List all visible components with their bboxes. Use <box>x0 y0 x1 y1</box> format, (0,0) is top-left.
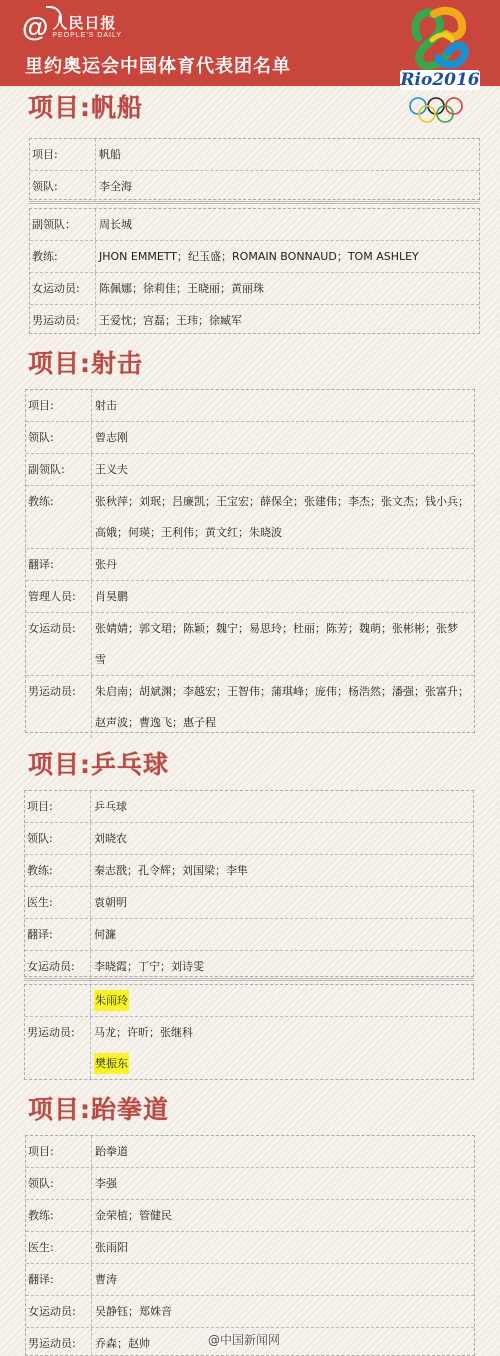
row-value-line: 朱启南；胡斌渊；李越宏；王智伟；蒲琪峰；庞伟；杨浩然；潘强；张富升； <box>95 676 474 707</box>
table-row: 朱雨玲 <box>25 985 473 1017</box>
rio-2016-logo: Rio2016 <box>400 4 480 124</box>
table-row: 女运动员: 吴静钰；郑姝音 <box>26 1296 474 1328</box>
row-label: 项目: <box>30 139 96 170</box>
row-value: 曾志刚 <box>92 422 474 453</box>
table-row: 翻译: 曹涛 <box>26 1264 474 1296</box>
row-value: 袁朝明 <box>91 887 473 918</box>
row-value: 李强 <box>92 1168 474 1199</box>
row-label: 管理人员: <box>26 581 92 612</box>
row-value-line: 高娥；何瑛；王利伟；黄文红；朱晓波 <box>95 517 474 548</box>
table-tennis-table-part1: 项目: 乒乓球 领队: 刘晓农 教练: 秦志戬；孔令辉；刘国梁；李隼 医生: 袁… <box>24 790 474 977</box>
row-value: 刘晓农 <box>91 823 473 854</box>
table-row: 项目: 跆拳道 <box>26 1136 474 1168</box>
table-row: 翻译: 何濂 <box>25 919 473 951</box>
table-tennis-table-part2: 朱雨玲 男运动员: 马龙；许昕；张继科 樊振东 <box>24 984 474 1080</box>
row-label: 男运动员: <box>26 676 92 738</box>
table-row: 领队: 刘晓农 <box>25 823 473 855</box>
row-label: 领队: <box>25 823 91 854</box>
sailing-table-part1: 项目: 帆船 领队: 李全海 <box>29 138 480 200</box>
row-value: 王爱忱；宫磊；王玮；徐臧军 <box>96 305 479 336</box>
row-label: 医生: <box>26 1232 92 1263</box>
row-value: 张丹 <box>92 549 474 580</box>
table-row: 男运动员: 王爱忱；宫磊；王玮；徐臧军 <box>30 305 479 336</box>
row-value-line: 张秋萍；刘珉；吕廉凯；王宝宏；薛保全；张建伟；李杰；张文杰；钱小兵； <box>95 486 474 517</box>
section-title-shooting: 项目:射击 <box>28 344 143 380</box>
table-split-divider <box>24 978 474 981</box>
rio-emblem-icon <box>404 4 470 70</box>
row-label: 教练: <box>26 1200 92 1231</box>
row-value-line: 雪 <box>95 644 474 675</box>
taekwondo-table: 项目: 跆拳道 领队: 李强 教练: 金荣植；管健民 医生: 张雨阳 翻译: 曹… <box>25 1135 475 1356</box>
row-label: 男运动员: <box>25 1017 91 1079</box>
row-value: 陈佩娜；徐莉佳；王晓丽；黄丽珠 <box>96 273 479 304</box>
table-row: 女运动员: 陈佩娜；徐莉佳；王晓丽；黄丽珠 <box>30 273 479 305</box>
highlighted-name: 樊振东 <box>94 1053 129 1074</box>
source-watermark: @中国新闻网 <box>208 1331 280 1348</box>
row-value: 朱雨玲 <box>91 985 473 1016</box>
sailing-table-part2: 副领队： 周长城 教练: JHON EMMETT；纪玉盛；ROMAIN BONN… <box>29 208 480 334</box>
row-value: 吴静钰；郑姝音 <box>92 1296 474 1327</box>
row-label: 女运动员: <box>30 273 96 304</box>
row-label: 男运动员: <box>30 305 96 336</box>
table-row: 项目: 乒乓球 <box>25 791 473 823</box>
row-label: 领队: <box>30 171 96 202</box>
olympic-rings-icon <box>406 96 476 126</box>
row-label: 教练: <box>25 855 91 886</box>
table-row: 医生: 张雨阳 <box>26 1232 474 1264</box>
table-row: 领队: 曾志刚 <box>26 422 474 454</box>
table-row: 教练: 张秋萍；刘珉；吕廉凯；王宝宏；薛保全；张建伟；李杰；张文杰；钱小兵； 高… <box>26 486 474 549</box>
row-label: 副领队： <box>30 209 96 240</box>
row-label: 副领队: <box>26 454 92 485</box>
table-row: 教练: JHON EMMETT；纪玉盛；ROMAIN BONNAUD；TOM A… <box>30 241 479 273</box>
row-value: 朱启南；胡斌渊；李越宏；王智伟；蒲琪峰；庞伟；杨浩然；潘强；张富升； 赵声波；曹… <box>92 676 474 738</box>
table-row: 项目: 射击 <box>26 390 474 422</box>
row-value: JHON EMMETT；纪玉盛；ROMAIN BONNAUD；TOM ASHLE… <box>96 241 479 272</box>
section-title-table-tennis: 项目:乒乓球 <box>28 745 169 781</box>
row-value: 肖昊鹏 <box>92 581 474 612</box>
row-label: 领队: <box>26 1168 92 1199</box>
row-value: 秦志戬；孔令辉；刘国梁；李隼 <box>91 855 473 886</box>
table-row: 男运动员: 马龙；许昕；张继科 樊振东 <box>25 1017 473 1079</box>
row-value: 王义夫 <box>92 454 474 485</box>
row-label <box>25 985 91 1016</box>
row-value: 张婧婧；郭文珺；陈颖；魏宁；易思玲；杜丽；陈芳；魏萌；张彬彬；张梦 雪 <box>92 613 474 675</box>
table-row: 领队: 李强 <box>26 1168 474 1200</box>
row-value: 乔森；赵帅 <box>92 1328 474 1356</box>
highlighted-name: 朱雨玲 <box>94 990 129 1011</box>
signal-waves-icon <box>46 6 62 22</box>
row-value: 曹涛 <box>92 1264 474 1295</box>
row-label: 领队: <box>26 422 92 453</box>
row-label: 翻译: <box>26 1264 92 1295</box>
table-row: 副领队: 王义夫 <box>26 454 474 486</box>
rio-2016-text: Rio2016 <box>400 70 480 90</box>
row-label: 项目: <box>26 1136 92 1167</box>
table-row: 教练: 金荣植；管健民 <box>26 1200 474 1232</box>
row-value: 周长城 <box>96 209 479 240</box>
row-value: 李全海 <box>96 171 479 202</box>
row-label: 教练: <box>30 241 96 272</box>
row-value: 马龙；许昕；张继科 樊振东 <box>91 1017 473 1079</box>
row-label: 教练: <box>26 486 92 548</box>
brand-name-en: PEOPLE'S DAILY <box>52 31 122 40</box>
page-title: 里约奥运会中国体育代表团名单 <box>25 52 291 78</box>
table-row: 医生: 袁朝明 <box>25 887 473 919</box>
table-row: 领队: 李全海 <box>30 171 479 202</box>
table-split-divider <box>29 201 480 204</box>
row-value: 帆船 <box>96 139 479 170</box>
row-label: 翻译: <box>26 549 92 580</box>
row-label: 男运动员: <box>26 1328 92 1356</box>
section-title-taekwondo: 项目:跆拳道 <box>28 1090 169 1126</box>
row-label: 项目: <box>26 390 92 421</box>
table-row: 男运动员: 朱启南；胡斌渊；李越宏；王智伟；蒲琪峰；庞伟；杨浩然；潘强；张富升；… <box>26 676 474 738</box>
table-row: 项目: 帆船 <box>30 139 479 171</box>
row-label: 女运动员: <box>26 1296 92 1327</box>
row-label: 项目: <box>25 791 91 822</box>
row-label: 翻译: <box>25 919 91 950</box>
at-icon: @ <box>22 14 48 41</box>
row-value-line: 樊振东 <box>94 1048 473 1079</box>
row-value: 张雨阳 <box>92 1232 474 1263</box>
table-row: 管理人员: 肖昊鹏 <box>26 581 474 613</box>
row-value: 何濂 <box>91 919 473 950</box>
table-row: 女运动员: 张婧婧；郭文珺；陈颖；魏宁；易思玲；杜丽；陈芳；魏萌；张彬彬；张梦 … <box>26 613 474 676</box>
brand-name-cn: 人民日报 <box>52 15 122 31</box>
shooting-table: 项目: 射击 领队: 曾志刚 副领队: 王义夫 教练: 张秋萍；刘珉；吕廉凯；王… <box>25 389 475 733</box>
table-row: 教练: 秦志戬；孔令辉；刘国梁；李隼 <box>25 855 473 887</box>
table-row: 副领队： 周长城 <box>30 209 479 241</box>
row-value: 张秋萍；刘珉；吕廉凯；王宝宏；薛保全；张建伟；李杰；张文杰；钱小兵； 高娥；何瑛… <box>92 486 474 548</box>
table-row: 翻译: 张丹 <box>26 549 474 581</box>
section-title-sailing: 项目:帆船 <box>28 88 143 124</box>
row-value: 跆拳道 <box>92 1136 474 1167</box>
row-label: 女运动员: <box>26 613 92 675</box>
row-value-line: 张婧婧；郭文珺；陈颖；魏宁；易思玲；杜丽；陈芳；魏萌；张彬彬；张梦 <box>95 613 474 644</box>
peoples-daily-logo: @ 人民日报 PEOPLE'S DAILY <box>22 10 122 44</box>
row-value: 金荣植；管健民 <box>92 1200 474 1231</box>
row-value: 乒乓球 <box>91 791 473 822</box>
row-label: 医生: <box>25 887 91 918</box>
row-value-line: 马龙；许昕；张继科 <box>94 1017 473 1048</box>
row-value: 射击 <box>92 390 474 421</box>
row-value-line: 赵声波；曹逸飞；惠子程 <box>95 707 474 738</box>
